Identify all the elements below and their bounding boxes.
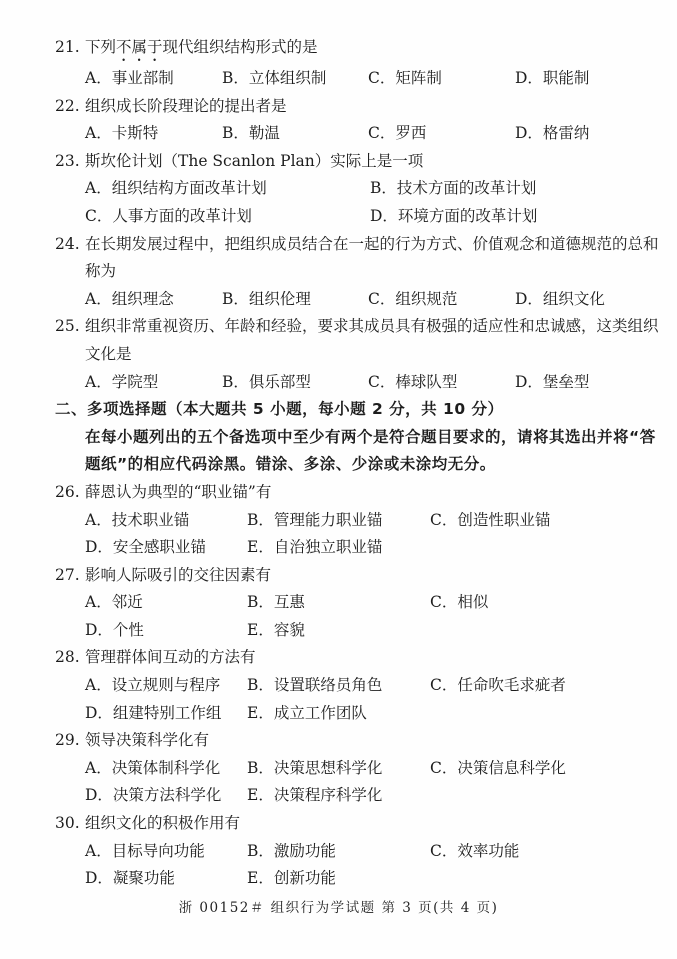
option-cell: A．事业部制: [85, 65, 222, 93]
question-number: 25.: [55, 313, 85, 341]
option-row: D．安全感职业锚E．自治独立职业锚: [85, 534, 651, 562]
question-stem-line: 29.领导决策科学化有: [55, 727, 651, 755]
option-row: A．目标导向功能B．激励功能C．效率功能: [85, 838, 651, 866]
option-row: A．决策体制科学化B．决策思想科学化C．决策信息科学化: [85, 755, 651, 783]
stem-segment: 称为: [85, 262, 116, 280]
question-stem: 在长期发展过程中，把组织成员结合在一起的行为方式、价值观念和道德规范的总和: [85, 231, 659, 259]
stem-segment: 薛恩认为典型的“职业锚”有: [85, 483, 271, 501]
question-stem-continuation: 文化是: [85, 341, 651, 369]
option-cell: C．任命吹毛求疵者: [430, 672, 651, 700]
exam-page: 21.下列不属于现代组织结构形式的是A．事业部制B．立体组织制C．矩阵制D．职能…: [0, 0, 677, 959]
question-number: 28.: [55, 644, 85, 672]
question-stem: 管理群体间互动的方法有: [85, 644, 651, 672]
option-row: D．凝聚功能E．创新功能: [85, 865, 651, 893]
option-row: A．设立规则与程序B．设置联络员角色C．任命吹毛求疵者: [85, 672, 651, 700]
option-cell: E．容貌: [247, 617, 430, 645]
stem-segment: 下列: [85, 38, 116, 56]
question-stem-line: 22.组织成长阶段理论的提出者是: [55, 93, 651, 121]
option-cell: A．组织理念: [85, 286, 222, 314]
option-cell: A．技术职业锚: [85, 507, 247, 535]
option-cell: C．人事方面的改革计划: [85, 203, 370, 231]
option-cell: B．激励功能: [247, 838, 430, 866]
question-stem-continuation: 称为: [85, 258, 651, 286]
option-row: C．人事方面的改革计划D．环境方面的改革计划: [85, 203, 651, 231]
option-cell: A．设立规则与程序: [85, 672, 247, 700]
option-cell: C．决策信息科学化: [430, 755, 651, 783]
question-number: 24.: [55, 231, 85, 259]
section-instructions-line: 在每小题列出的五个备选项中至少有两个是符合题目要求的，请将其选出并将“答: [85, 424, 651, 452]
question-stem: 斯坎伦计划（The Scanlon Plan）实际上是一项: [85, 148, 651, 176]
section-title: 二、多项选择题（本大题共 5 小题，每小题 2 分，共 10 分）: [55, 396, 651, 424]
option-cell: A．目标导向功能: [85, 838, 247, 866]
option-cell: B．互惠: [247, 589, 430, 617]
option-cell: B．俱乐部型: [222, 369, 368, 397]
option-cell: D．环境方面的改革计划: [370, 203, 651, 231]
option-row: A．技术职业锚B．管理能力职业锚C．创造性职业锚: [85, 507, 651, 535]
option-cell: B．组织伦理: [222, 286, 368, 314]
stem-segment-emphasized: 不属于: [116, 38, 163, 56]
option-cell: D．组织文化: [515, 286, 651, 314]
option-cell: A．组织结构方面改革计划: [85, 175, 370, 203]
stem-segment: 现代组织结构形式的是: [163, 38, 318, 56]
question-stem-line: 27.影响人际吸引的交往因素有: [55, 562, 651, 590]
option-cell: D．决策方法科学化: [85, 782, 247, 810]
option-cell: B．技术方面的改革计划: [370, 175, 651, 203]
question-number: 26.: [55, 479, 85, 507]
question-28: 28.管理群体间互动的方法有A．设立规则与程序B．设置联络员角色C．任命吹毛求疵…: [55, 644, 651, 727]
option-row: A．事业部制B．立体组织制C．矩阵制D．职能制: [85, 65, 651, 93]
question-number: 29.: [55, 727, 85, 755]
option-cell: C．效率功能: [430, 838, 651, 866]
option-cell: D．组建特别工作组: [85, 700, 247, 728]
option-cell: C．矩阵制: [368, 65, 515, 93]
option-cell: B．设置联络员角色: [247, 672, 430, 700]
question-stem: 组织文化的积极作用有: [85, 810, 651, 838]
question-stem-line: 21.下列不属于现代组织结构形式的是: [55, 34, 651, 65]
page-footer: 浙 00152＃ 组织行为学试题 第 3 页(共 4 页): [0, 896, 677, 916]
option-row: A．组织理念B．组织伦理C．组织规范D．组织文化: [85, 286, 651, 314]
question-stem: 组织成长阶段理论的提出者是: [85, 93, 651, 121]
option-cell: D．个性: [85, 617, 247, 645]
option-cell: D．格雷纳: [515, 120, 651, 148]
question-23: 23.斯坎伦计划（The Scanlon Plan）实际上是一项A．组织结构方面…: [55, 148, 651, 231]
question-27: 27.影响人际吸引的交往因素有A．邻近B．互惠C．相似D．个性E．容貌: [55, 562, 651, 645]
question-number: 21.: [55, 34, 85, 65]
stem-segment: 在长期发展过程中，把组织成员结合在一起的行为方式、价值观念和道德规范的总和: [85, 235, 659, 253]
question-stem: 组织非常重视资历、年龄和经验，要求其成员具有极强的适应性和忠诚感，这类组织: [85, 313, 659, 341]
option-cell: A．学院型: [85, 369, 222, 397]
stem-segment: 管理群体间互动的方法有: [85, 648, 256, 666]
question-number: 27.: [55, 562, 85, 590]
section-instructions-line: 题纸”的相应代码涂黑。错涂、多涂、少涂或未涂均无分。: [85, 451, 651, 479]
option-cell: D．职能制: [515, 65, 651, 93]
question-number: 30.: [55, 810, 85, 838]
option-row: A．组织结构方面改革计划B．技术方面的改革计划: [85, 175, 651, 203]
stem-segment: 影响人际吸引的交往因素有: [85, 566, 271, 584]
question-26: 26.薛恩认为典型的“职业锚”有A．技术职业锚B．管理能力职业锚C．创造性职业锚…: [55, 479, 651, 562]
question-29: 29.领导决策科学化有A．决策体制科学化B．决策思想科学化C．决策信息科学化D．…: [55, 727, 651, 810]
question-stem: 下列不属于现代组织结构形式的是: [85, 34, 651, 65]
option-cell: C．组织规范: [368, 286, 515, 314]
option-cell: B．立体组织制: [222, 65, 368, 93]
option-row: A．学院型B．俱乐部型C．棒球队型D．堡垒型: [85, 369, 651, 397]
option-cell: E．决策程序科学化: [247, 782, 430, 810]
stem-segment: 文化是: [85, 345, 132, 363]
question-stem-line: 30.组织文化的积极作用有: [55, 810, 651, 838]
option-cell: B．勒温: [222, 120, 368, 148]
option-row: A．邻近B．互惠C．相似: [85, 589, 651, 617]
stem-segment: 组织非常重视资历、年龄和经验，要求其成员具有极强的适应性和忠诚感，这类组织: [85, 317, 659, 335]
option-cell: C．罗西: [368, 120, 515, 148]
question-stem-line: 25.组织非常重视资历、年龄和经验，要求其成员具有极强的适应性和忠诚感，这类组织: [55, 313, 651, 341]
option-cell: D．安全感职业锚: [85, 534, 247, 562]
exam-content: 21.下列不属于现代组织结构形式的是A．事业部制B．立体组织制C．矩阵制D．职能…: [55, 34, 651, 893]
stem-segment: 领导决策科学化有: [85, 731, 209, 749]
option-cell: B．管理能力职业锚: [247, 507, 430, 535]
question-stem-line: 28.管理群体间互动的方法有: [55, 644, 651, 672]
option-cell: A．卡斯特: [85, 120, 222, 148]
question-stem: 领导决策科学化有: [85, 727, 651, 755]
question-22: 22.组织成长阶段理论的提出者是A．卡斯特B．勒温C．罗西D．格雷纳: [55, 93, 651, 148]
question-21: 21.下列不属于现代组织结构形式的是A．事业部制B．立体组织制C．矩阵制D．职能…: [55, 34, 651, 93]
option-cell: E．成立工作团队: [247, 700, 430, 728]
option-cell: D．凝聚功能: [85, 865, 247, 893]
option-cell: A．邻近: [85, 589, 247, 617]
option-cell: C．棒球队型: [368, 369, 515, 397]
question-number: 23.: [55, 148, 85, 176]
question-stem: 薛恩认为典型的“职业锚”有: [85, 479, 651, 507]
question-stem-line: 24.在长期发展过程中，把组织成员结合在一起的行为方式、价值观念和道德规范的总和: [55, 231, 651, 259]
question-number: 22.: [55, 93, 85, 121]
question-30: 30.组织文化的积极作用有A．目标导向功能B．激励功能C．效率功能D．凝聚功能E…: [55, 810, 651, 893]
option-row: D．决策方法科学化E．决策程序科学化: [85, 782, 651, 810]
option-row: D．组建特别工作组E．成立工作团队: [85, 700, 651, 728]
stem-segment: 组织成长阶段理论的提出者是: [85, 97, 287, 115]
option-cell: D．堡垒型: [515, 369, 651, 397]
option-cell: C．相似: [430, 589, 651, 617]
question-stem-line: 23.斯坎伦计划（The Scanlon Plan）实际上是一项: [55, 148, 651, 176]
stem-segment: 组织文化的积极作用有: [85, 814, 240, 832]
stem-segment: 斯坎伦计划（The Scanlon Plan）实际上是一项: [85, 152, 423, 170]
question-25: 25.组织非常重视资历、年龄和经验，要求其成员具有极强的适应性和忠诚感，这类组织…: [55, 313, 651, 396]
question-stem-line: 26.薛恩认为典型的“职业锚”有: [55, 479, 651, 507]
option-cell: C．创造性职业锚: [430, 507, 651, 535]
option-cell: E．自治独立职业锚: [247, 534, 430, 562]
question-stem: 影响人际吸引的交往因素有: [85, 562, 651, 590]
option-row: D．个性E．容貌: [85, 617, 651, 645]
option-row: A．卡斯特B．勒温C．罗西D．格雷纳: [85, 120, 651, 148]
question-24: 24.在长期发展过程中，把组织成员结合在一起的行为方式、价值观念和道德规范的总和…: [55, 231, 651, 314]
option-cell: E．创新功能: [247, 865, 430, 893]
option-cell: B．决策思想科学化: [247, 755, 430, 783]
option-cell: A．决策体制科学化: [85, 755, 247, 783]
